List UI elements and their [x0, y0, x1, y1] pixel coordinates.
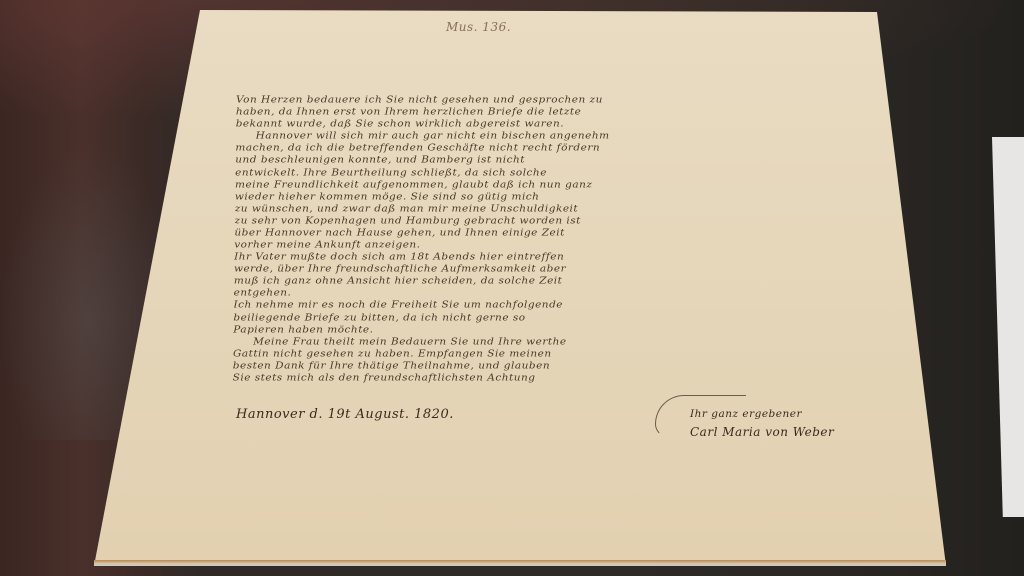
letter-line: Papieren haben möchte. — [233, 324, 853, 335]
letter-line: Von Herzen bedauere ich Sie nicht gesehe… — [236, 95, 856, 106]
letter-line: zu sehr von Kopenhagen und Hamburg gebra… — [235, 215, 855, 226]
letter-line: muß ich ganz ohne Ansicht hier scheiden,… — [234, 276, 854, 287]
signature: Carl Maria von Weber — [690, 425, 834, 439]
archive-mark: Mus. 136. — [446, 20, 511, 34]
dateline: Hannover d. 19t August. 1820. — [236, 407, 454, 422]
closing: Ihr ganz ergebener — [690, 408, 802, 420]
letter-line: Ihr Vater mußte doch sich am 18t Abends … — [234, 252, 854, 263]
letter-line: zu wünschen, und zwar daß man mir meine … — [235, 203, 855, 214]
letter-line: haben, da Ihnen erst von Ihrem herzliche… — [236, 107, 856, 118]
letter: Mus. 136. Von Herzen bedauere ich Sie ni… — [0, 0, 1024, 576]
paper-bottom-edge — [94, 560, 946, 566]
letter-line: beiliegende Briefe zu bitten, da ich nic… — [233, 312, 853, 323]
letter-line: Ich nehme mir es noch die Freiheit Sie u… — [234, 300, 854, 311]
letter-line: vorher meine Ankunft anzeigen. — [234, 240, 854, 251]
letter-line: und beschleunigen konnte, und Bamberg is… — [235, 155, 855, 166]
letter-line: machen, da ich die betreffenden Geschäft… — [235, 143, 855, 154]
letter-line: Hannover will sich mir auch gar nicht ei… — [256, 131, 876, 142]
letter-line: Sie stets mich als den freundschaftlichs… — [233, 373, 853, 384]
letter-line: werde, über Ihre freundschaftliche Aufme… — [234, 264, 854, 275]
letter-line: wieder hieher kommen möge. Sie sind so g… — [235, 191, 855, 202]
letter-line: Gattin nicht gesehen zu haben. Empfangen… — [233, 348, 853, 359]
letter-line: entgehen. — [234, 288, 854, 299]
letter-line: entwickelt. Ihre Beurtheilung schließt, … — [235, 167, 855, 178]
letter-line: Meine Frau theilt mein Bedauern Sie und … — [253, 336, 873, 347]
letter-line: meine Freundlichkeit aufgenommen, glaubt… — [235, 179, 855, 190]
letter-line: besten Dank für Ihre thätige Theilnahme,… — [233, 361, 853, 372]
letter-line: bekannt wurde, daß Sie schon wirklich ab… — [236, 119, 856, 130]
letter-line: über Hannover nach Hause gehen, und Ihne… — [234, 228, 854, 239]
